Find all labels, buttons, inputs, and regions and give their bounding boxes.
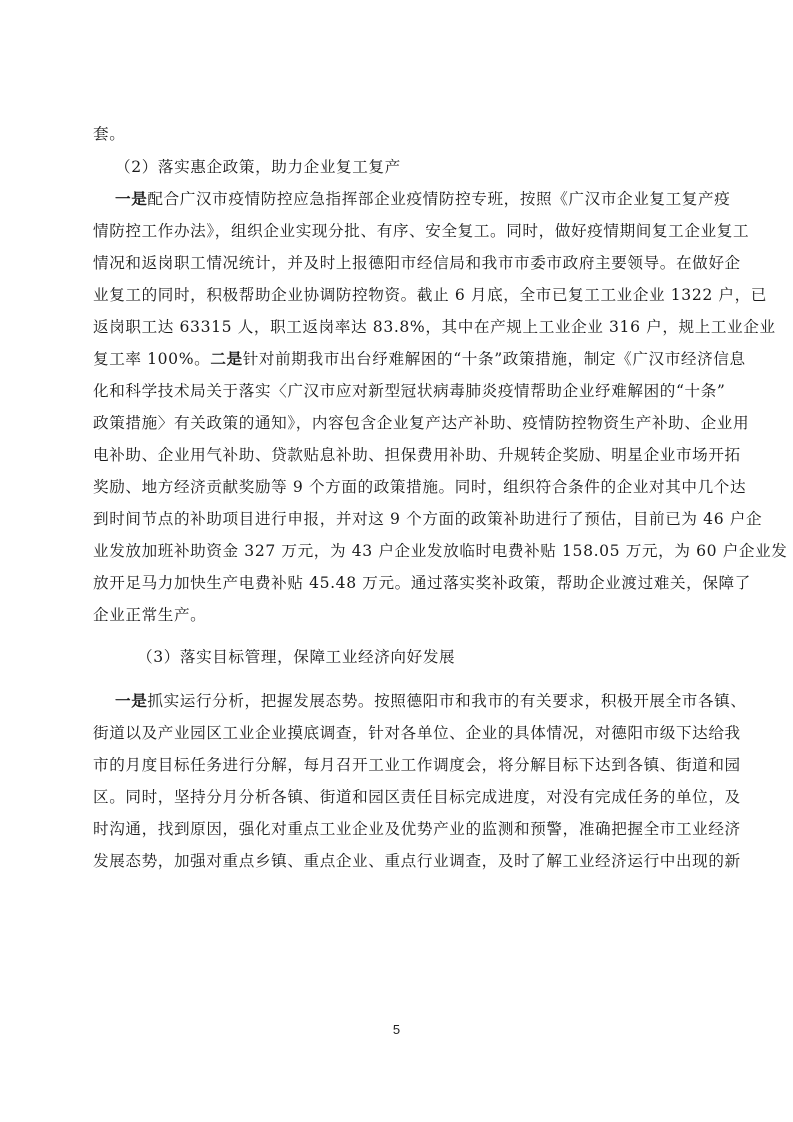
document-page: 套。（2）落实惠企政策，助力企业复工复产一是配合广汉市疫情防控应急指挥部企业疫情… [0,0,793,1122]
text-span: 政策措施〉有关政策的通知》，内容包含企业复产达产补助、疫情防控物资生产补助、企业… [93,414,749,432]
text-span: 时沟通，找到原因，强化对重点工业企业及优势产业的监测和预警，准确把握全市工业经济 [93,820,741,838]
text-line: 业发放加班补助资金 327 万元，为 43 户企业发放临时电费补贴 158.05… [93,541,713,561]
text-line: 情况和返岗职工情况统计，并及时上报德阳市经信局和我市市委市政府主要领导。在做好企 [93,253,713,273]
text-span: 电补助、企业用气补助、贷款贴息补助、担保费用补助、升规转企奖励、明星企业市场开拓 [93,446,741,464]
text-span: 街道以及产业园区工业企业摸底调查，针对各单位、企业的具体情况，对德阳市级下达给我 [93,724,741,742]
text-span: 返岗职工达 63315 人，职工返岗率达 83.8%，其中在产规上工业企业 31… [93,318,776,336]
text-span: 套。 [93,125,125,143]
text-span: 业复工的同时，积极帮助企业协调防控物资。截止 6 月底，全市已复工工业企业 13… [93,286,767,304]
text-span: 情防控工作办法》，组织企业实现分批、有序、安全复工。同时，做好疫情期间复工企业复… [93,222,749,240]
text-span: 区。同时，坚持分月分析各镇、街道和园区责任目标完成进度，对没有完成任务的单位，及 [93,788,741,806]
text-span: 业发放加班补助资金 327 万元，为 43 户企业发放临时电费补贴 158.05… [93,542,787,560]
text-line: 一是抓实运行分析，把握发展态势。按照德阳市和我市的有关要求，积极开展全市各镇、 [115,691,713,711]
text-line: 市的月度目标任务进行分解，每月召开工业工作调度会，将分解目标下达到各镇、街道和园 [93,755,713,775]
text-line: 套。 [93,124,713,144]
text-line: 时沟通，找到原因，强化对重点工业企业及优势产业的监测和预警，准确把握全市工业经济 [93,819,713,839]
text-span: 复工率 100%。 [93,350,210,368]
page-number: 5 [0,1022,793,1037]
bold-lead-text: 二是 [210,349,242,368]
text-line: 企业正常生产。 [93,605,713,625]
text-line: 奖励、地方经济贡献奖励等 9 个方面的政策措施。同时，组织符合条件的企业对其中几… [93,477,713,497]
text-line: （2）落实惠企政策，助力企业复工复产 [115,157,713,177]
text-line: 区。同时，坚持分月分析各镇、街道和园区责任目标完成进度，对没有完成任务的单位，及 [93,787,713,807]
text-line: 一是配合广汉市疫情防控应急指挥部企业疫情防控专班，按照《广汉市企业复工复产疫 [115,189,713,209]
text-line: 复工率 100%。二是针对前期我市出台纾难解困的“十条”政策措施，制定《广汉市经… [93,349,713,369]
text-span: 化和科学技术局关于落实〈广汉市应对新型冠状病毒肺炎疫情帮助企业纾难解困的“十条” [93,382,726,400]
bold-lead-text: 一是 [115,189,147,208]
text-line: 业复工的同时，积极帮助企业协调防控物资。截止 6 月底，全市已复工工业企业 13… [93,285,713,305]
text-span: 配合广汉市疫情防控应急指挥部企业疫情防控专班，按照《广汉市企业复工复产疫 [147,190,730,208]
text-line: 返岗职工达 63315 人，职工返岗率达 83.8%，其中在产规上工业企业 31… [93,317,713,337]
text-line: （3）落实目标管理，保障工业经济向好发展 [137,647,713,667]
text-span: 市的月度目标任务进行分解，每月召开工业工作调度会，将分解目标下达到各镇、街道和园 [93,756,741,774]
text-line: 化和科学技术局关于落实〈广汉市应对新型冠状病毒肺炎疫情帮助企业纾难解困的“十条” [93,381,713,401]
bold-lead-text: 一是 [115,691,147,710]
text-span: （2）落实惠企政策，助力企业复工复产 [115,158,401,176]
text-span: （3）落实目标管理，保障工业经济向好发展 [137,648,455,666]
text-line: 发展态势，加强对重点乡镇、重点企业、重点行业调查，及时了解工业经济运行中出现的新 [93,851,713,871]
text-line: 街道以及产业园区工业企业摸底调查，针对各单位、企业的具体情况，对德阳市级下达给我 [93,723,713,743]
text-span: 抓实运行分析，把握发展态势。按照德阳市和我市的有关要求，积极开展全市各镇、 [147,692,746,710]
text-line: 政策措施〉有关政策的通知》，内容包含企业复产达产补助、疫情防控物资生产补助、企业… [93,413,713,433]
text-line: 到时间节点的补助项目进行申报，并对这 9 个方面的政策补助进行了预估，目前已为 … [93,509,713,529]
text-span: 发展态势，加强对重点乡镇、重点企业、重点行业调查，及时了解工业经济运行中出现的新 [93,852,741,870]
text-span: 企业正常生产。 [93,606,206,624]
text-line: 电补助、企业用气补助、贷款贴息补助、担保费用补助、升规转企奖励、明星企业市场开拓 [93,445,713,465]
text-span: 到时间节点的补助项目进行申报，并对这 9 个方面的政策补助进行了预估，目前已为 … [93,510,762,528]
text-span: 放开足马力加快生产电费补贴 45.48 万元。通过落实奖补政策，帮助企业渡过难关… [93,574,751,592]
text-line: 情防控工作办法》，组织企业实现分批、有序、安全复工。同时，做好疫情期间复工企业复… [93,221,713,241]
text-line: 放开足马力加快生产电费补贴 45.48 万元。通过落实奖补政策，帮助企业渡过难关… [93,573,713,593]
text-span: 情况和返岗职工情况统计，并及时上报德阳市经信局和我市市委市政府主要领导。在做好企 [93,254,741,272]
text-span: 奖励、地方经济贡献奖励等 9 个方面的政策措施。同时，组织符合条件的企业对其中几… [93,478,746,496]
text-span: 针对前期我市出台纾难解困的“十条”政策措施，制定《广汉市经济信息 [243,350,746,368]
